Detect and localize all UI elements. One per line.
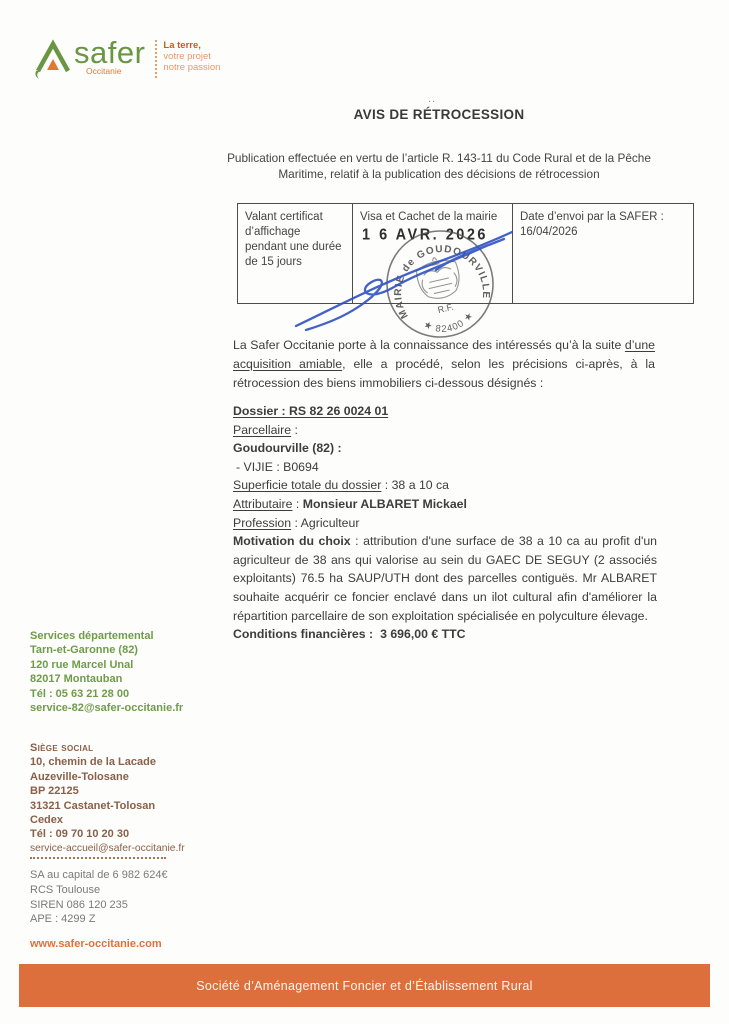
siege-line: 31321 Castanet-Tolosan — [30, 799, 185, 813]
legal-line: SA au capital de 6 982 624€ — [30, 868, 168, 883]
footer-bar: Société d’Aménagement Foncier et d’Établ… — [19, 964, 710, 1007]
dept-line: Tél : 05 63 21 28 00 — [30, 687, 183, 701]
siege-line: 10, chemin de la Lacade — [30, 755, 185, 769]
dept-line: 82017 Montauban — [30, 672, 183, 686]
cell-date-envoi: Date d’envoi par la SAFER : 16/04/2026 — [513, 204, 693, 303]
dossier-details: Dossier : RS 82 26 0024 01 Parcellaire :… — [233, 402, 657, 644]
sidebar-departmental-services: Services départemental Tarn-et-Garonne (… — [30, 629, 183, 715]
logo-separator — [155, 40, 157, 78]
slogan-line1: La terre, — [163, 40, 220, 51]
dept-line: Services départemental — [30, 629, 183, 643]
safer-triangle-icon — [32, 38, 72, 80]
siege-email: service-accueil@safer-occitanie.fr — [30, 842, 185, 856]
scanned-document-page: safer Occitanie La terre, votre projet n… — [0, 0, 729, 1024]
logo-brand: safer — [74, 38, 145, 68]
superficie-line: Superficie totale du dossier : 38 a 10 c… — [233, 476, 657, 495]
intro-paragraph: La Safer Occitanie porte à la connaissan… — [233, 336, 655, 393]
dossier-number: Dossier : RS 82 26 0024 01 — [233, 402, 657, 421]
logo-text: safer Occitanie — [74, 38, 145, 76]
parcellaire-line: Parcellaire : — [233, 421, 657, 440]
parcel-line: - VIJIE : B0694 — [233, 458, 657, 477]
envoi-label: Date d’envoi par la SAFER : — [520, 210, 686, 225]
legal-line: APE : 4299 Z — [30, 912, 168, 927]
conditions-line: Conditions financières :3 696,00 € TTC — [233, 625, 657, 644]
document-subtitle: Publication effectuée en vertu de l’arti… — [227, 150, 651, 182]
legal-line: RCS Toulouse — [30, 883, 168, 898]
slogan-line2: votre projet — [163, 51, 220, 62]
dept-email: service-82@safer-occitanie.fr — [30, 701, 183, 715]
siege-title: Siège social — [30, 741, 185, 755]
slogan-line3: notre passion — [163, 62, 220, 73]
profession-line: Profession : Agriculteur — [233, 514, 657, 533]
dept-line: 120 rue Marcel Unal — [30, 658, 183, 672]
footer-text: Société d’Aménagement Foncier et d’Établ… — [196, 979, 533, 993]
siege-line: Auzeville-Tolosane — [30, 770, 185, 784]
sidebar-dotted-separator — [30, 857, 166, 859]
siege-line: BP 22125 — [30, 784, 185, 798]
document-title: AVIS DE RÉTROCESSION — [237, 107, 641, 122]
legal-line: SIREN 086 120 235 — [30, 898, 168, 913]
website-link: www.safer-occitanie.com — [30, 937, 162, 951]
commune-line: Goudourville (82) : — [233, 439, 657, 458]
logo-slogan: La terre, votre projet notre passion — [163, 40, 220, 73]
attributaire-line: Attributaire : Monsieur ALBARET Mickael — [233, 495, 657, 514]
sidebar-siege-social: Siège social 10, chemin de la Lacade Auz… — [30, 741, 185, 856]
scan-artifact: .. — [428, 93, 436, 105]
motivation-paragraph: Motivation du choix : attribution d'une … — [233, 532, 657, 625]
envoi-date: 16/04/2026 — [520, 225, 686, 240]
safer-logo: safer Occitanie La terre, votre projet n… — [32, 38, 220, 80]
dept-line: Tarn-et-Garonne (82) — [30, 643, 183, 657]
signature-icon — [288, 226, 518, 338]
sidebar-legal-info: SA au capital de 6 982 624€ RCS Toulouse… — [30, 868, 168, 927]
siege-line: Cedex — [30, 813, 185, 827]
siege-line: Tél : 09 70 10 20 30 — [30, 827, 185, 841]
